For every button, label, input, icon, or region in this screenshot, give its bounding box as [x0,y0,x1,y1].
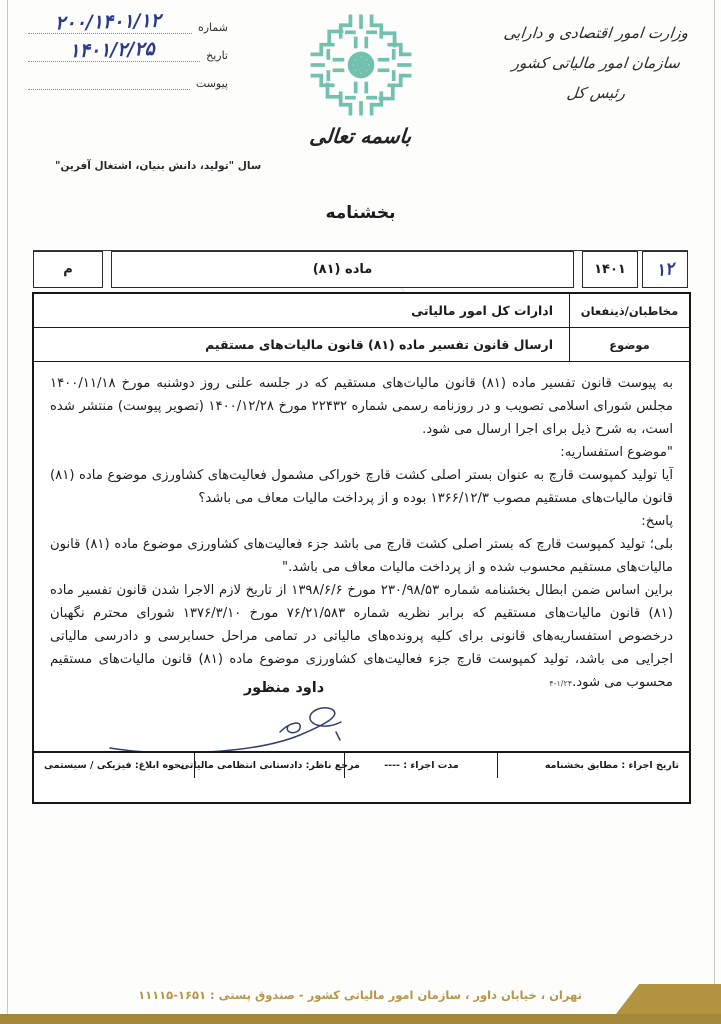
footer-gold-ribbon [616,984,721,1014]
execution-duration-cell: مدت اجراء : ---- [345,753,498,778]
audience-row: مخاطبان/ذینفعان ادارات کل امور مالیاتی [34,294,689,328]
strip-article-box: ماده (۸۱) [111,251,574,288]
doc-type-title: بخشنامه [0,203,721,223]
body-paragraph-1: به پیوست قانون تفسیر ماده (۸۱) قانون مال… [50,372,673,441]
ref-number-line: ۲۰۰/۱۴۰۱/۱۲ [28,20,192,34]
body-paragraph-6: براین اساس ضمن ابطال بخشنامه شماره ۲۳۰/۹… [50,579,673,695]
besmellah-text: باسمه تعالی [0,124,721,148]
tax-organization-logo-icon [297,12,425,118]
year-slogan: سال "تولید، دانش بنیان، اشتغال آفرین" [55,160,261,172]
body-paragraph-5: بلی؛ تولید کمپوست قارچ که بستر اصلی کشت … [50,533,673,579]
footer-address: تهران ، خیابان داور ، سازمان امور مالیات… [110,988,610,1002]
circular-body: به پیوست قانون تفسیر ماده (۸۱) قانون مال… [34,362,689,778]
ref-number-value: ۲۰۰/۱۴۰۱/۱۲ [28,9,189,35]
letterhead: وزارت امور اقتصادی و دارایی سازمان امور … [501,18,691,108]
notification-method-cell: نحوه ابلاغ: فیزیکی / سیستمی [34,753,195,778]
strip-classification-box: م [33,251,103,288]
ref-attachment-row: پیوست [28,76,228,90]
letterhead-office: رئیس کل [499,78,692,108]
ref-date-row: تاریخ ۱۴۰۱/۲/۲۵ [28,48,228,62]
audience-value: ادارات کل امور مالیاتی [34,294,569,327]
ref-date-value: ۱۴۰۱/۲/۲۵ [28,37,197,63]
subject-row: موضوع ارسال قانون تفسیر ماده (۸۱) قانون … [34,328,689,362]
body-paragraph-3: آیا تولید کمپوست قارچ به عنوان بستر اصلی… [50,464,673,510]
subject-label: موضوع [569,328,689,361]
subject-value: ارسال قانون تفسیر ماده (۸۱) قانون مالیات… [34,328,569,361]
body-reference-code: ۱/۲۴-۴ [549,679,572,688]
ref-attachment-line [28,76,190,90]
execution-date-cell: تاریخ اجراء : مطابق بخشنامه [498,753,689,778]
strip-year-box: ۱۴۰۱ [582,251,638,288]
letterhead-organization: سازمان امور مالیاتی کشور [499,48,692,78]
ref-date-line: ۱۴۰۱/۲/۲۵ [28,48,200,62]
execution-strip: تاریخ اجراء : مطابق بخشنامه مدت اجراء : … [34,751,689,778]
ref-number-label: شماره [198,21,228,34]
ref-date-label: تاریخ [206,49,228,62]
supervising-authority-cell: مرجع ناظر: دادستانی انتظامی مالیاتی [195,753,345,778]
ref-attachment-label: پیوست [196,77,228,90]
audience-label: مخاطبان/ذینفعان [569,294,689,327]
strip-serial-box: ۱۲ [642,251,688,288]
scan-edge-right [714,0,715,1024]
letterhead-ministry: وزارت امور اقتصادی و دارایی [499,18,692,48]
body-paragraph-4: پاسخ: [50,510,673,533]
reference-block: شماره ۲۰۰/۱۴۰۱/۱۲ تاریخ ۱۴۰۱/۲/۲۵ پیوست [28,20,228,104]
signatory-name: داود منظور [184,680,384,696]
footer-gold-bar [0,1014,721,1024]
ref-number-row: شماره ۲۰۰/۱۴۰۱/۱۲ [28,20,228,34]
circular-table: مخاطبان/ذینفعان ادارات کل امور مالیاتی م… [32,292,691,804]
body-paragraph-6-text: براین اساس ضمن ابطال بخشنامه شماره ۲۳۰/۹… [50,583,673,690]
strip-serial-value: ۱۲ [655,258,676,280]
circular-document-page: سازمان امور مالیاتی کشور سازمان امور مال… [0,0,721,1024]
scan-edge-left [7,0,8,1024]
body-paragraph-2: "موضوع استفساریه: [50,441,673,464]
classification-strip: ۱۲ ۱۴۰۱ ماده (۸۱) م [33,250,688,288]
